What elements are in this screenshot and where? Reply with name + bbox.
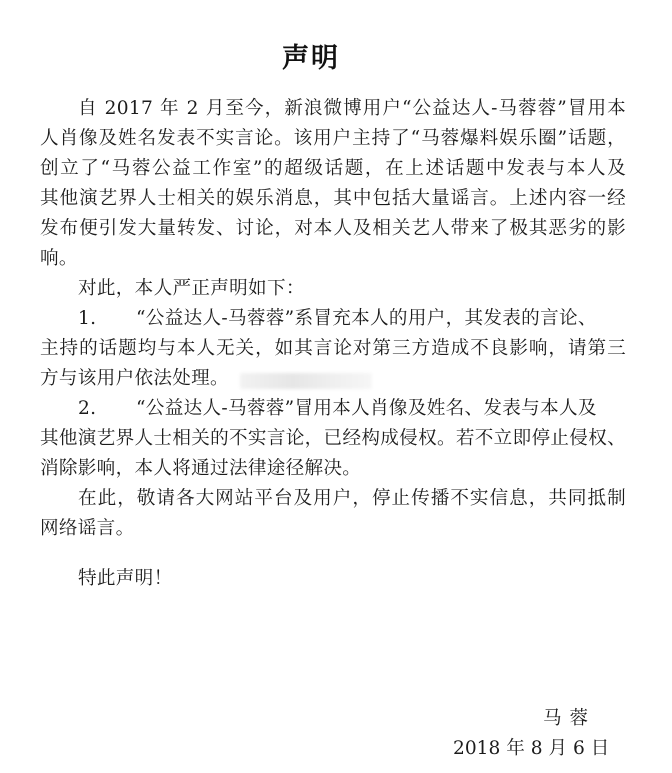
blurred-watermark [240,373,372,389]
closing-statement: 特此声明！ [78,564,626,594]
paragraph-2-line-1: 对此，本人严正声明如下： [78,274,626,304]
list-item-2-line-3: 消除影响，本人将通过法律途径解决。 [40,454,626,484]
list-item-2-line-1: 2.“公益达人-马蓉蓉”冒用本人肖像及姓名、发表与本人及 [78,394,626,424]
paragraph-1-line-4: 其他演艺界人士相关的娱乐消息，其中包括大量谣言。上述内容一经 [40,184,626,214]
statement-document: 声明 自 2017 年 2 月至今，新浪微博用户“公益达人-马蓉蓉”冒用本 人肖… [0,0,672,773]
paragraph-5-line-2: 网络谣言。 [40,514,626,544]
signature-name: 马 蓉 [543,704,589,734]
paragraph-1-line-5: 发布便引发大量转发、讨论，对本人及相关艺人带来了极其恶劣的影 [40,214,626,244]
paragraph-5-line-1: 在此，敬请各大网站平台及用户，停止传播不实信息，共同抵制 [78,484,626,514]
list-item-1-text: “公益达人-马蓉蓉”系冒充本人的用户，其发表的言论、 [136,308,597,329]
signature-date: 2018 年 8 月 6 日 [453,734,609,764]
list-item-2-text: “公益达人-马蓉蓉”冒用本人肖像及姓名、发表与本人及 [136,398,597,419]
list-item-2-line-2: 其他演艺界人士相关的不实言论，已经构成侵权。若不立即停止侵权、 [40,424,626,454]
list-item-1-number: 1. [78,304,136,334]
list-item-1-line-2: 主持的话题均与本人无关，如其言论对第三方造成不良影响，请第三 [40,334,626,364]
paragraph-1-line-3: 创立了“马蓉公益工作室”的超级话题，在上述话题中发表与本人及 [40,154,626,184]
paragraph-1-line-6: 响。 [40,244,626,274]
document-title: 声明 [0,36,622,75]
list-item-1-line-1: 1.“公益达人-马蓉蓉”系冒充本人的用户，其发表的言论、 [78,304,626,334]
paragraph-1-line-2: 人肖像及姓名发表不实言论。该用户主持了“马蓉爆料娱乐圈”话题， [40,124,626,154]
list-item-2-number: 2. [78,394,136,424]
paragraph-1-line-1: 自 2017 年 2 月至今，新浪微博用户“公益达人-马蓉蓉”冒用本 [78,94,626,124]
